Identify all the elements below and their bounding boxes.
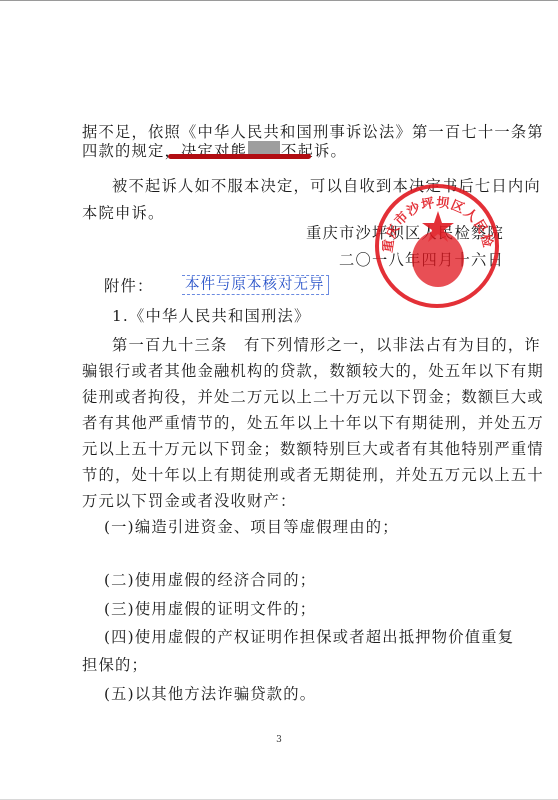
paragraph2-line1: 被不起诉人如不服本决定，可以自收到本决定书后七日内向: [112, 176, 512, 196]
article-line: 骗银行或者其他金融机构的贷款，数额较大的，处五年以下有期: [82, 361, 482, 381]
paragraph1-line1: 据不足，依照《中华人民共和国刑事诉讼法》第一百七十一条第: [82, 122, 482, 142]
document-page: 据不足，依照《中华人民共和国刑事诉讼法》第一百七十一条第 四款的规定，决定对熊不…: [0, 0, 558, 800]
article-line: 节的，处十年以上有期徒刑或者无期徒刑，并处五万元以上五十: [82, 465, 482, 485]
article-line: 万元以下罚金或者没收财产：: [82, 491, 482, 511]
article-line: 徒刑或者拘役，并处二万元以上二十万元以下罚金；数额巨大或: [82, 387, 482, 407]
attachment-item1-title: 1.《中华人民共和国刑法》: [112, 306, 512, 326]
article-item-1: (一)编造引进资金、项目等虚假理由的；: [104, 517, 504, 537]
signature-organization: 重庆市沙坪坝区人民检察院: [306, 223, 504, 243]
article-item-4: (四)使用虚假的产权证明作担保或者超出抵押物价值重复: [104, 627, 504, 647]
article-line: 者有其他严重情节的，处五年以上十年以下有期徒刑，并处五万: [82, 413, 482, 433]
page-number: 3: [0, 735, 558, 745]
certification-stamp: 本件与原本核对无异: [182, 275, 329, 295]
red-underline-annotation: [168, 154, 311, 159]
signature-date: 二〇一八年四月十六日: [339, 250, 504, 270]
article-item-5: (五)以其他方法诈骗贷款的。: [104, 684, 504, 704]
article-line: 元以上五十万元以下罚金；数额特别巨大或者有其他特别严重情: [82, 439, 482, 459]
article-item-3: (三)使用虚假的证明文件的；: [104, 599, 504, 619]
paragraph1-line2-prefix: 四款的规定，: [82, 142, 181, 160]
article-item-4-continued: 担保的；: [82, 655, 482, 675]
article-line: 第一百九十三条 有下列情形之一，以非法占有为目的，诈: [112, 335, 512, 355]
article-item-2: (二)使用虚假的经济合同的；: [104, 570, 504, 590]
paragraph2-line2: 本院申诉。: [82, 203, 482, 223]
